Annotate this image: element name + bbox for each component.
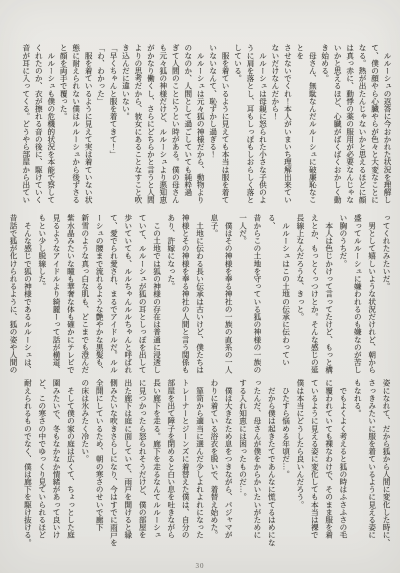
text-column: よりの思考だから、彼女にあることなすこと吹 xyxy=(131,44,143,205)
text-column: ど、この寒さの中でゆっくり見ていられるほど xyxy=(34,379,48,555)
text-column: なる。熱が出たんじゃないかと思えるほどに顔 xyxy=(356,44,368,205)
text-column: そして僕の家の庭は広くて、ちょっとした庭 xyxy=(63,379,77,555)
text-column: 昔話で狐が化けられるように、狐の姿や人間の xyxy=(6,214,20,377)
text-column: 昔からこの土地を守っている狐の神様の一族の xyxy=(250,214,264,377)
text-column: 園みたいで、冬もなかなか情緒があって良いけ xyxy=(49,379,63,555)
text-column: ぎて人間のことにうとい時がある。僕の母さん xyxy=(169,44,181,205)
page-number: 30 xyxy=(0,562,400,570)
text-column: トレーナーとジーンズに着替えた僕は、自分の xyxy=(178,379,192,555)
text-column: ないだけなんだから！ xyxy=(268,44,280,205)
text-column: て、愛でられ愛され、まるでアイドルだ。ルル xyxy=(106,214,120,377)
text-column: いかと思えるほど、心臓がばくばくおかしく動 xyxy=(331,44,343,205)
text-column: わりに着ている浴衣を脱いで、着替え始めた。 xyxy=(207,379,221,555)
text-column: うに肩を落とし、耳もしっぽもしおらしく落と xyxy=(244,44,256,205)
text-column: 僕は大きなため息をつきながら、パジャマが xyxy=(221,379,235,555)
text-column: 態に耐えられない僕はルルーシュから後ずさる xyxy=(69,44,81,205)
text-column: に覆われていても裸なわけで、そのまま服を着 xyxy=(321,379,335,555)
text-column: えとか、もっとくっつけとか。そんな感じの延 xyxy=(307,214,321,377)
scanned-novel-page: { "page": { "number": "30", "blocks": [ … xyxy=(0,0,400,573)
text-block-lower: 姿になれて、だから狐から人間に変化した時に、さっきみたいに服を着ているように見え… xyxy=(20,379,393,555)
text-column: は真っ赤に、動悸の薬の服用が必要なんじゃな xyxy=(343,44,355,205)
text-column: 箪笥から適当に選んだ少しよれよれになった xyxy=(192,379,206,555)
text-column: 出た廊下は庭に面していて、雨戸を開けると縁 xyxy=(120,379,134,555)
text-column: ルルーシュは元々狐の神様だから、動物より xyxy=(194,44,206,205)
text-column: ているように見える姿に変化しても本当は裸で xyxy=(307,379,321,555)
text-column: 音が耳に入ってくる。どうやら部屋から出てい xyxy=(19,44,31,205)
text-column: 一人だ。 xyxy=(235,214,249,377)
text-column: ったんだ、母さんが僕をからかいたいがために xyxy=(250,379,264,555)
text-column: もなれる。 xyxy=(350,379,364,555)
text-column: 全開にしているため、朝の寒さのせいで廊下 xyxy=(92,379,106,555)
text-column: のなのか、人間として過ごしていても純粋過 xyxy=(181,44,193,205)
text-column: 「わ、わかった」 xyxy=(94,44,106,205)
text-column: 本人は色じかけって言ってたけど、もっと構 xyxy=(321,214,335,377)
text-block-middle: ってくれたみたいだ。 男として嬉しいような状況だけれど、朝から盛ってルルーシュに… xyxy=(6,214,393,377)
text-column: させないでくれ！本人がいまいち理解出来てい xyxy=(281,44,293,205)
text-column: 盛ってルルーシュに嫌われるのも嫌なのが苦し xyxy=(350,214,364,377)
text-column: ひたすら悩める年頃だ…。 xyxy=(278,379,292,555)
text-column: き込んだに違いない。 xyxy=(119,44,131,205)
text-column: ていて、ルルーシュが狐の耳としっぽを出して xyxy=(135,214,149,377)
text-column: 紫水晶みたいな瞳も華奢な体も確かにテレビで xyxy=(63,214,77,377)
text-column: 土地に伝わる長い伝承は古いけど、僕たちは xyxy=(192,214,206,377)
text-column: の床は氷みたく冷たい。 xyxy=(77,379,91,555)
text-column: 服を着ているように見えても本当は服を着て xyxy=(219,44,231,205)
text-column: 姿になれて、だから狐から人間に変化した時に、 xyxy=(379,379,393,555)
text-column: て、僕の顔やら心臓やらが色々と大変なことに xyxy=(368,44,380,205)
text-column: 新雪のような真っ白な肌も、どこまでも澄んだ xyxy=(77,214,91,377)
text-column: 男として嬉しいような状況だけれど、朝から xyxy=(364,214,378,377)
text-block-upper: ルルーシュの返答に今おかれた状況を理解して、僕の顔やら心臓やらが色々と大変なこと… xyxy=(19,44,393,205)
text-column: もとい少し脱線した。 xyxy=(34,214,48,377)
text-column: 見るようなアイドルより綺麗ーって話が横道、 xyxy=(49,214,63,377)
text-column: 神様とその神様を奉る神社の人間と言う関係も xyxy=(178,214,192,377)
text-column: ルルーシュはこの土地の伝承に伝わっている、 xyxy=(264,214,293,377)
text-column: 「早くちゃんと服を着てきて！」 xyxy=(107,44,119,205)
text-column: している。 xyxy=(231,44,243,205)
text-column: 服を着ているように見えて実は着ていない状 xyxy=(82,44,94,205)
page-background: ルルーシュの返答に今おかれた状況を理解して、僕の顔やら心臓やらが色々と大変なこと… xyxy=(0,0,400,573)
text-column: 僕はその神様を奉る神社の一族の直系の一人 xyxy=(221,214,235,377)
text-column: ルルーシュも僕の危機的状況を本能で察して xyxy=(44,44,56,205)
text-column: 耐えられるものでなく、僕は廊下を駆け抜ける。 xyxy=(20,379,34,555)
text-column: 長い廊下を走る。廊下を走るなんてルルーシュ xyxy=(149,379,163,555)
text-column: がかなり働くし、さらにどちらかと言うと人間 xyxy=(144,44,156,205)
text-column: も元々狐の神様だけど、ルルーシュより悪知恵 xyxy=(156,44,168,205)
text-column: い胸のうちだ。 xyxy=(336,214,350,377)
text-column: ルルーシュは母親に怒られた小さな子供のよ xyxy=(256,44,268,205)
text-column: 歩いていても、ルルちゃんルルちゃんと呼ばれ xyxy=(120,214,134,377)
text-column: そんな感じで狐の神様であるルルーシュは、 xyxy=(20,214,34,377)
text-column: 部屋を出て障子を閉めると白い息を吐きながら xyxy=(164,379,178,555)
text-column: き始める。 xyxy=(318,44,330,205)
text-column: いないなんて、恥ずかし過ぎる！ xyxy=(206,44,218,205)
text-column: する入れ知恵には困ったものだ…。 xyxy=(235,379,249,555)
text-column: と顔を両手で覆った。 xyxy=(57,44,69,205)
text-column: あり、許嫁になった。 xyxy=(164,214,178,377)
text-column: 母さん、無駄なんだルルーシュに破廉恥なことを xyxy=(293,44,318,205)
text-column: ルルーシュの返答に今おかれた状況を理解し xyxy=(381,44,393,205)
text-column: この土地では狐の神様の存在は普通に浸透し xyxy=(149,214,163,377)
text-column: 長線上なんだろうな、きっと。 xyxy=(293,214,307,377)
text-column: ってくれたみたいだ。 xyxy=(379,214,393,377)
text-column: ーシュの腰まで流れるような艶やかな黒髪も、 xyxy=(92,214,106,377)
text-column: 息子。 xyxy=(207,214,221,377)
text-column: 僕は本当にどうしたら良いんだろう。 xyxy=(293,379,307,555)
text-column: 側みたいな吹きさらしになり、今はすでに雨戸を xyxy=(106,379,120,555)
text-column: くれたのか、衣が擦れる音の後に、駆けていく xyxy=(32,44,44,205)
text-column: さっきみたいに服を着ているように見える姿に xyxy=(364,379,378,555)
text-column: でもよくよく考えると狐の時はふさふさの毛 xyxy=(336,379,350,555)
text-column: に見つかったら怒られそうだけど、僕の部屋を xyxy=(135,379,149,555)
text-column: だから僕は起きたてであんなに慌てるはめにな xyxy=(264,379,278,555)
